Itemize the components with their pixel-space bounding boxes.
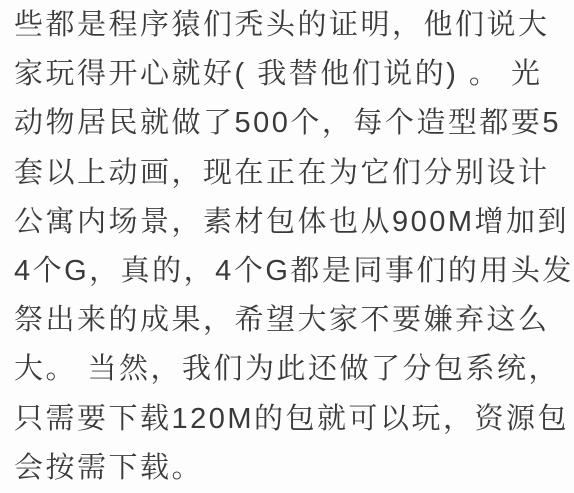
- text-line: 套以上动画，现在正在为它们分别设计: [14, 149, 568, 198]
- text-line: 祭出来的成果，希望大家不要嫌弃这么: [14, 296, 568, 345]
- text-line: 大。 当然，我们为此还做了分包系统，: [14, 345, 568, 394]
- text-paragraph: 些都是程序猿们秃头的证明，他们说大 家玩得开心就好( 我替他们说的) 。 光 动…: [0, 0, 574, 493]
- text-line: 公寓内场景，素材包体也从900M增加到: [14, 198, 568, 247]
- text-line: 动物居民就做了500个，每个造型都要5: [14, 99, 568, 148]
- text-line: 4个G，真的，4个G都是同事们的用头发献: [14, 247, 568, 296]
- text-line: 只需要下载120M的包就可以玩，资源包: [14, 395, 568, 444]
- text-line: 家玩得开心就好( 我替他们说的) 。 光: [14, 50, 568, 99]
- text-line: 些都是程序猿们秃头的证明，他们说大: [14, 1, 568, 50]
- text-line: 会按需下载。: [14, 444, 568, 493]
